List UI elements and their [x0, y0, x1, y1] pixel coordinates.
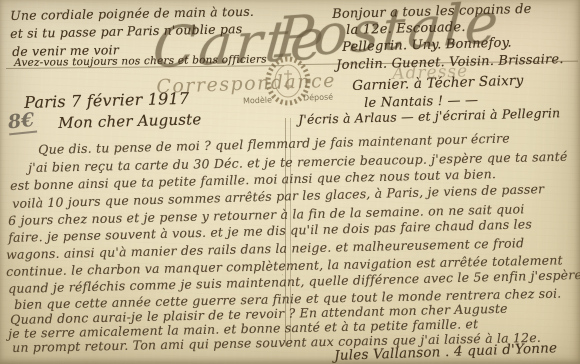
margin-line: la 12e. Escouade.	[346, 20, 466, 38]
margin-line: J'écris à Arlaus — et j'écrirai à Pelleg…	[298, 105, 560, 127]
seal-label-depose: Déposé	[303, 92, 333, 102]
pencil-price: 8€	[7, 109, 38, 136]
date-line: Paris 7 février 1917	[24, 89, 189, 112]
postcard-photo: Carte Postale Correspondance Adresse Mod…	[0, 0, 580, 364]
seal-label-modele: Modèle	[243, 95, 272, 105]
salutation-line: Mon cher Auguste	[58, 110, 202, 132]
margin-line: Garnier. à Técher Saixry	[352, 73, 524, 94]
